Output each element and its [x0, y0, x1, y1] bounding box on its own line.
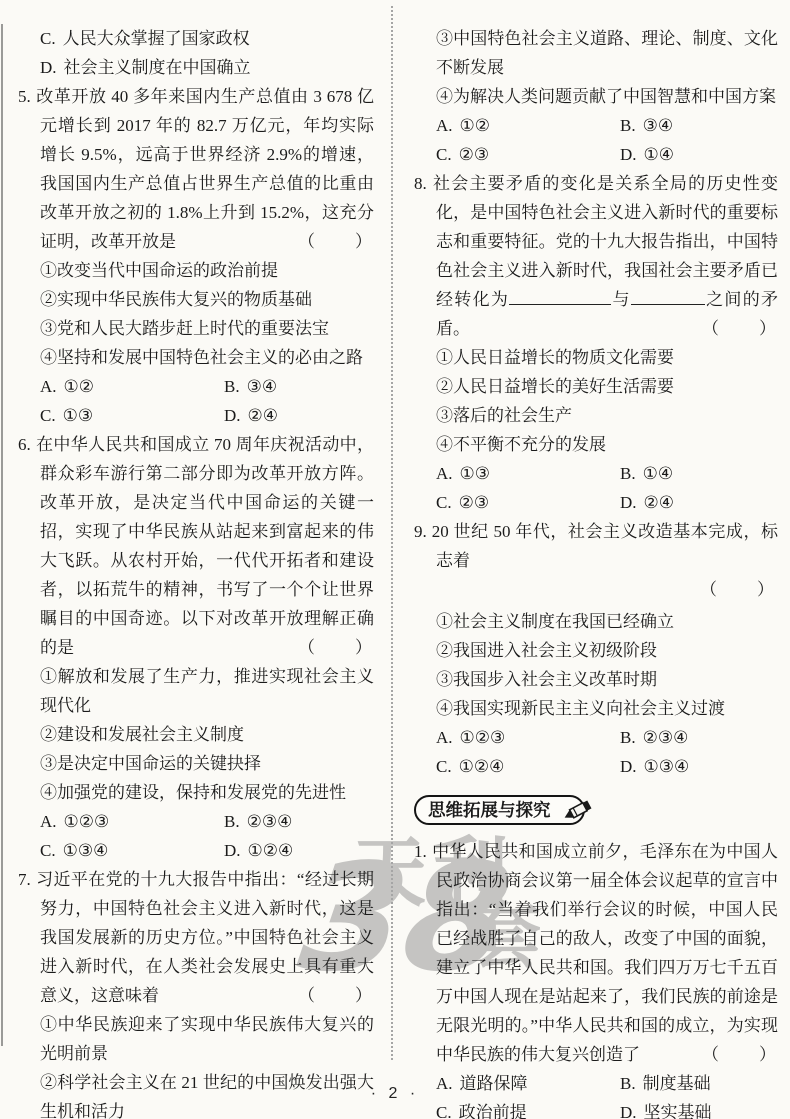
question-text: 20 世纪 50 年代，社会主义改造基本完成，标志着	[432, 522, 778, 570]
choice-row: C.①②④ D.①③④	[414, 752, 778, 781]
choice-row: A.①② B.③④	[18, 372, 374, 401]
question-stem: 7.习近平在党的十九大报告中指出：“经过长期努力，中国特色社会主义进入新时代，这…	[18, 865, 374, 1010]
choice-a: A.①②③	[436, 723, 620, 752]
choice-b: B.①④	[620, 459, 673, 488]
option-item-1: ①中华民族迎来了实现中华民族伟大复兴的光明前景	[18, 1010, 374, 1068]
choice-b: B.③④	[620, 111, 673, 140]
choice-row: C.②③ D.①④	[414, 140, 778, 169]
page-left-edge	[1, 24, 3, 1046]
option-item-2: ②我国进入社会主义初级阶段	[414, 636, 778, 665]
section-header: 思维拓展与探究	[414, 795, 778, 825]
answer-bracket: （ ）	[724, 1040, 778, 1069]
question-text: 社会主要矛盾的变化是关系全局的历史性变化，是中国特色社会主义进入新时代的重要标志…	[432, 174, 778, 309]
choice-row: A.①②③ B.②③④	[414, 723, 778, 752]
question-number: 8.	[414, 174, 432, 193]
question-stem: 5.改革开放 40 多年来国内生产总值由 3 678 亿元增长到 2017 年的…	[18, 82, 374, 256]
choice-b: B.②③④	[224, 807, 292, 836]
page-body: C.人民大众掌握了国家政权 D.社会主义制度在中国确立 5.改革开放 40 多年…	[8, 24, 778, 1119]
choice-a: A.①③	[436, 459, 620, 488]
answer-bracket: （ ）	[724, 314, 778, 343]
option-item-4: ④为解决人类问题贡献了中国智慧和中国方案	[414, 82, 778, 111]
choice-c: C.②③	[436, 140, 620, 169]
choice-d: D.②④	[620, 488, 674, 517]
answer-bracket: （ ）	[414, 575, 778, 604]
choice-label: C.	[40, 29, 63, 48]
choice-d: D.①③④	[620, 752, 689, 781]
choice-a: A.①②③	[40, 807, 224, 836]
pencil-icon	[559, 798, 595, 824]
choice-row: C.①③ D.②④	[18, 401, 374, 430]
option-item-2: ②人民日益增长的美好生活需要	[414, 372, 778, 401]
right-column: ③中国特色社会主义道路、理论、制度、文化不断发展 ④为解决人类问题贡献了中国智慧…	[400, 24, 778, 1119]
question-number: 9.	[414, 522, 432, 541]
option-item-3: ③党和人民大踏步赶上时代的重要法宝	[18, 314, 374, 343]
choice-d: D.①②④	[224, 836, 293, 865]
question-stem: 8.社会主要矛盾的变化是关系全局的历史性变化，是中国特色社会主义进入新时代的重要…	[414, 169, 778, 343]
answer-bracket: （ ）	[320, 227, 374, 256]
question-stem: 6.在中华人民共和国成立 70 周年庆祝活动中，群众彩车游行第二部分即为改革开放…	[18, 430, 374, 662]
question-7: 7.习近平在党的十九大报告中指出：“经过长期努力，中国特色社会主义进入新时代，这…	[18, 865, 374, 1119]
option-item-3: ③我国步入社会主义改革时期	[414, 665, 778, 694]
page-number: · 2 ·	[0, 1085, 790, 1103]
choice-row: A.①③ B.①④	[414, 459, 778, 488]
question-stem: 9.20 世纪 50 年代，社会主义改造基本完成，标志着	[414, 517, 778, 575]
choice-text: 社会主义制度在中国确立	[64, 58, 251, 77]
choice-b: B.③④	[224, 372, 277, 401]
question-number: 1.	[414, 842, 432, 861]
option-item-4: ④不平衡不充分的发展	[414, 430, 778, 459]
choice-label: D.	[40, 58, 64, 77]
question-stem: 1.中华人民共和国成立前夕，毛泽东在为中国人民政治协商会议第一届全体会议起草的宣…	[414, 837, 778, 1069]
left-column: C.人民大众掌握了国家政权 D.社会主义制度在中国确立 5.改革开放 40 多年…	[8, 24, 380, 1119]
question-number: 6.	[18, 435, 36, 454]
carryover-option-d: D.社会主义制度在中国确立	[18, 53, 374, 82]
choice-c: C.②③	[436, 488, 620, 517]
choice-row: A.①②③ B.②③④	[18, 807, 374, 836]
choice-c: C.①②④	[436, 752, 620, 781]
question-text: 在中华人民共和国成立 70 周年庆祝活动中，群众彩车游行第二部分即为改革开放方阵…	[36, 435, 374, 657]
question-7-continued: ③中国特色社会主义道路、理论、制度、文化不断发展 ④为解决人类问题贡献了中国智慧…	[414, 24, 778, 169]
question-text: 与	[611, 290, 631, 309]
followup-question-1: 1.中华人民共和国成立前夕，毛泽东在为中国人民政治协商会议第一届全体会议起草的宣…	[414, 837, 778, 1119]
choice-row: C.②③ D.②④	[414, 488, 778, 517]
option-item-4: ④坚持和发展中国特色社会主义的必由之路	[18, 343, 374, 372]
option-item-1: ①解放和发展了生产力，推进实现社会主义现代化	[18, 662, 374, 720]
blank-line-1	[509, 300, 611, 305]
choice-b: B.②③④	[620, 723, 688, 752]
section-title-pill: 思维拓展与探究	[414, 795, 585, 825]
question-number: 7.	[18, 870, 36, 889]
question-6: 6.在中华人民共和国成立 70 周年庆祝活动中，群众彩车游行第二部分即为改革开放…	[18, 430, 374, 865]
carryover-option-c: C.人民大众掌握了国家政权	[18, 24, 374, 53]
option-item-3: ③落后的社会生产	[414, 401, 778, 430]
answer-bracket: （ ）	[320, 633, 374, 662]
option-item-1: ①人民日益增长的物质文化需要	[414, 343, 778, 372]
option-item-1: ①社会主义制度在我国已经确立	[414, 607, 778, 636]
option-item-3: ③中国特色社会主义道路、理论、制度、文化不断发展	[414, 24, 778, 82]
question-text: 中华人民共和国成立前夕，毛泽东在为中国人民政治协商会议第一届全体会议起草的宣言中…	[432, 842, 778, 1064]
blank-line-2	[631, 300, 705, 305]
choice-c: C.①③④	[40, 836, 224, 865]
section-title: 思维拓展与探究	[428, 800, 551, 820]
question-text: 改革开放 40 多年来国内生产总值由 3 678 亿元增长到 2017 年的 8…	[36, 87, 374, 251]
choice-row: C.①③④ D.①②④	[18, 836, 374, 865]
option-item-2: ②建设和发展社会主义制度	[18, 720, 374, 749]
option-item-4: ④我国实现新民主主义向社会主义过渡	[414, 694, 778, 723]
option-item-3: ③是决定中国命运的关键抉择	[18, 749, 374, 778]
option-item-2: ②实现中华民族伟大复兴的物质基础	[18, 285, 374, 314]
choice-a: A.①②	[40, 372, 224, 401]
option-item-1: ①改变当代中国命运的政治前提	[18, 256, 374, 285]
question-5: 5.改革开放 40 多年来国内生产总值由 3 678 亿元增长到 2017 年的…	[18, 82, 374, 430]
answer-bracket: （ ）	[320, 981, 374, 1010]
question-8: 8.社会主要矛盾的变化是关系全局的历史性变化，是中国特色社会主义进入新时代的重要…	[414, 169, 778, 517]
question-number: 5.	[18, 87, 36, 106]
choice-row: A.①② B.③④	[414, 111, 778, 140]
choice-d: D.②④	[224, 401, 278, 430]
choice-d: D.①④	[620, 140, 674, 169]
choice-a: A.①②	[436, 111, 620, 140]
choice-c: C.①③	[40, 401, 224, 430]
question-9: 9.20 世纪 50 年代，社会主义改造基本完成，标志着 （ ） ①社会主义制度…	[414, 517, 778, 781]
option-item-4: ④加强党的建设，保持和发展党的先进性	[18, 778, 374, 807]
choice-text: 人民大众掌握了国家政权	[63, 29, 250, 48]
